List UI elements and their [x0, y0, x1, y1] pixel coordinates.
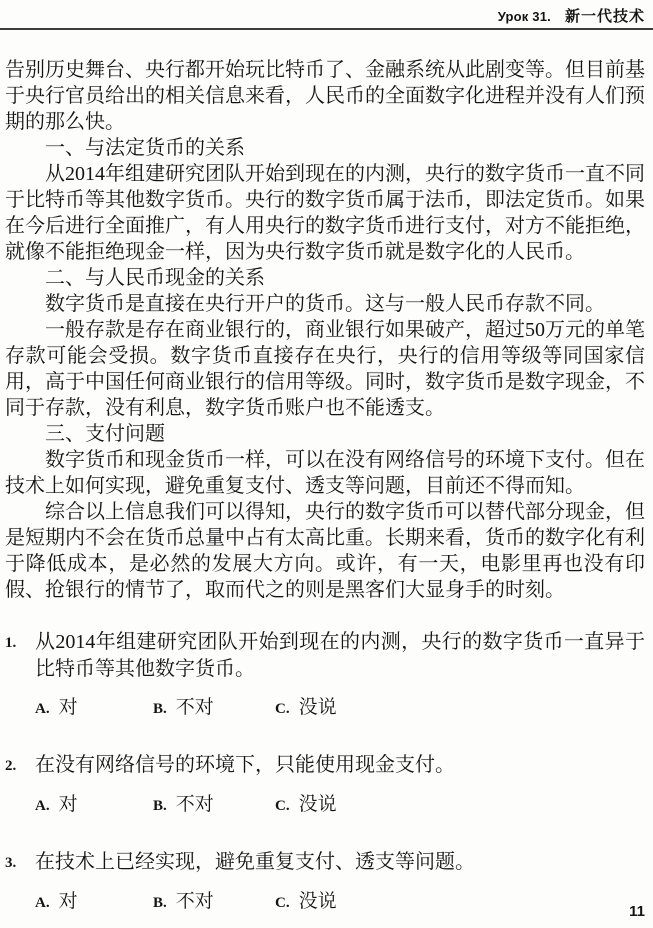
option-text: 不对 — [176, 890, 214, 914]
option-c: C. 没说 — [275, 696, 337, 721]
question-text: 在没有网络信号的环境下，只能使用现金支付。 — [35, 752, 645, 779]
options-row: A. 对 B. 不对 C. 没说 — [35, 793, 645, 818]
section-heading-1: 一、与法定货币的关系 — [5, 135, 645, 161]
lesson-title: 新一代技术 — [565, 5, 645, 26]
section-heading-2: 二、与人民币现金的关系 — [5, 265, 645, 291]
option-b: B. 不对 — [153, 890, 275, 915]
question-number: 3. — [5, 849, 35, 877]
option-label: C. — [275, 697, 290, 721]
paragraph: 数字货币是直接在央行开户的货币。这与一般人民币存款不同。 — [5, 291, 645, 317]
option-text: 对 — [59, 890, 78, 914]
options-row: A. 对 B. 不对 C. 没说 — [35, 890, 645, 915]
option-b: B. 不对 — [153, 696, 275, 721]
option-label: B. — [153, 794, 167, 818]
option-text: 没说 — [299, 793, 337, 817]
option-a: A. 对 — [35, 793, 153, 818]
option-label: C. — [275, 891, 290, 915]
article-body: 告别历史舞台、央行都开始玩比特币了、金融系统从此剧变等。但目前基于央行官员给出的… — [0, 57, 653, 603]
question-row: 3. 在技术上已经实现，避免重复支付、透支等问题。 — [5, 849, 645, 877]
textbook-page: Урок 31. 新一代技术 告别历史舞台、央行都开始玩比特币了、金融系统从此剧… — [0, 0, 653, 928]
paragraph: 告别历史舞台、央行都开始玩比特币了、金融系统从此剧变等。但目前基于央行官员给出的… — [5, 57, 645, 135]
question-text: 从2014年组建研究团队开始到现在的内测，央行的数字货币一直异于比特币等其他数字… — [35, 629, 645, 683]
question-item-2: 2. 在没有网络信号的环境下，只能使用现金支付。 A. 对 B. 不对 C. 没… — [5, 752, 645, 818]
option-a: A. 对 — [35, 890, 153, 915]
question-row: 2. 在没有网络信号的环境下，只能使用现金支付。 — [5, 752, 645, 780]
question-row: 1. 从2014年组建研究团队开始到现在的内测，央行的数字货币一直异于比特币等其… — [5, 629, 645, 683]
option-b: B. 不对 — [153, 793, 275, 818]
option-text: 不对 — [176, 696, 214, 720]
lesson-number-label: Урок 31. — [498, 9, 551, 24]
section-heading-3: 三、支付问题 — [5, 421, 645, 447]
option-label: A. — [35, 697, 50, 721]
option-label: A. — [35, 891, 50, 915]
question-number: 1. — [5, 629, 35, 657]
running-head: Урок 31. 新一代技术 — [0, 0, 653, 25]
paragraph: 综合以上信息我们可以得知，央行的数字货币可以替代部分现金，但是短期内不会在货币总… — [5, 499, 645, 603]
option-text: 没说 — [299, 890, 337, 914]
options-row: A. 对 B. 不对 C. 没说 — [35, 696, 645, 721]
option-text: 不对 — [176, 793, 214, 817]
question-text: 在技术上已经实现，避免重复支付、透支等问题。 — [35, 849, 645, 876]
option-text: 对 — [59, 793, 78, 817]
option-text: 没说 — [299, 696, 337, 720]
option-a: A. 对 — [35, 696, 153, 721]
paragraph: 数字货币和现金货币一样，可以在没有网络信号的环境下支付。但在技术上如何实现，避免… — [5, 447, 645, 499]
question-item-3: 3. 在技术上已经实现，避免重复支付、透支等问题。 A. 对 B. 不对 C. … — [5, 849, 645, 915]
paragraph: 从2014年组建研究团队开始到现在的内测，央行的数字货币一直不同于比特币等其他数… — [5, 161, 645, 265]
option-label: B. — [153, 891, 167, 915]
question-section: 1. 从2014年组建研究团队开始到现在的内测，央行的数字货币一直异于比特币等其… — [0, 629, 653, 915]
header-divider — [0, 28, 653, 30]
option-c: C. 没说 — [275, 890, 337, 915]
question-number: 2. — [5, 752, 35, 780]
option-label: A. — [35, 794, 50, 818]
question-item-1: 1. 从2014年组建研究团队开始到现在的内测，央行的数字货币一直异于比特币等其… — [5, 629, 645, 721]
page-number: 11 — [629, 903, 645, 920]
option-label: C. — [275, 794, 290, 818]
option-text: 对 — [59, 696, 78, 720]
option-c: C. 没说 — [275, 793, 337, 818]
option-label: B. — [153, 697, 167, 721]
paragraph: 一般存款是存在商业银行的，商业银行如果破产，超过50万元的单笔存款可能会受损。数… — [5, 317, 645, 421]
